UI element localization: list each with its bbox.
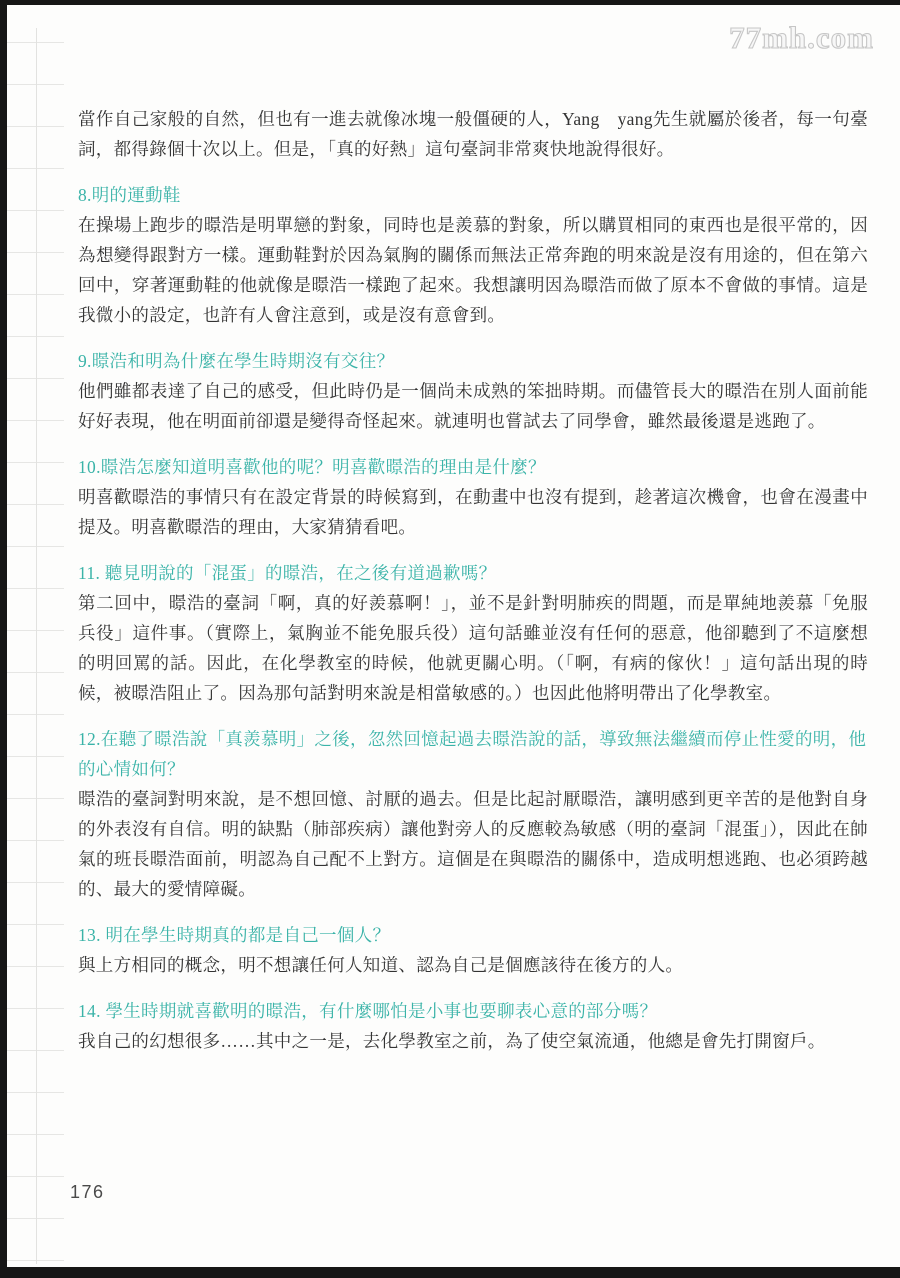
- question-heading: 9.暻浩和明為什麼在學生時期沒有交往？: [78, 346, 868, 376]
- answer-paragraph: 在操場上跑步的暻浩是明單戀的對象，同時也是羨慕的對象，所以購買相同的東西也是很平…: [78, 210, 868, 330]
- question-heading: 8.明的運動鞋: [78, 180, 868, 210]
- answer-paragraph: 我自己的幻想很多……其中之一是，去化學教室之前，為了使空氣流通，他總是會先打開窗…: [78, 1026, 868, 1056]
- intro-paragraph: 當作自己家般的自然，但也有一進去就像冰塊一般僵硬的人，Yang yang先生就屬…: [78, 104, 868, 164]
- qa-section: 13. 明在學生時期真的都是自己一個人？與上方相同的概念，明不想讓任何人知道、認…: [78, 920, 868, 980]
- qa-sections: 8.明的運動鞋在操場上跑步的暻浩是明單戀的對象，同時也是羨慕的對象，所以購買相同…: [78, 180, 868, 1056]
- answer-paragraph: 與上方相同的概念，明不想讓任何人知道、認為自己是個應該待在後方的人。: [78, 950, 868, 980]
- qa-section: 10.暻浩怎麼知道明喜歡他的呢？明喜歡暻浩的理由是什麼？明喜歡暻浩的事情只有在設…: [78, 452, 868, 542]
- answer-paragraph: 他們雖都表達了自己的感受，但此時仍是一個尚未成熟的笨拙時期。而儘管長大的暻浩在別…: [78, 376, 868, 436]
- page-content: 當作自己家般的自然，但也有一進去就像冰塊一般僵硬的人，Yang yang先生就屬…: [78, 104, 868, 1056]
- qa-section: 9.暻浩和明為什麼在學生時期沒有交往？他們雖都表達了自己的感受，但此時仍是一個尚…: [78, 346, 868, 436]
- page-number: 176: [70, 1182, 105, 1203]
- qa-section: 8.明的運動鞋在操場上跑步的暻浩是明單戀的對象，同時也是羨慕的對象，所以購買相同…: [78, 180, 868, 330]
- scan-edge-bottom: [0, 1267, 900, 1278]
- qa-section: 14. 學生時期就喜歡明的暻浩，有什麼哪怕是小事也要聊表心意的部分嗎？我自己的幻…: [78, 996, 868, 1056]
- scan-edge-top: [0, 0, 900, 5]
- qa-section: 11. 聽見明說的「混蛋」的暻浩，在之後有道過歉嗎？第二回中，暻浩的臺詞「啊，真…: [78, 558, 868, 708]
- scan-edge-left: [0, 0, 7, 1278]
- watermark: 77mh.com: [729, 20, 874, 56]
- question-heading: 13. 明在學生時期真的都是自己一個人？: [78, 920, 868, 950]
- qa-section: 12.在聽了暻浩說「真羨慕明」之後，忽然回憶起過去暻浩說的話，導致無法繼續而停止…: [78, 724, 868, 904]
- scanned-book-page: 77mh.com 當作自己家般的自然，但也有一進去就像冰塊一般僵硬的人，Yang…: [0, 0, 900, 1278]
- question-heading: 10.暻浩怎麼知道明喜歡他的呢？明喜歡暻浩的理由是什麼？: [78, 452, 868, 482]
- question-heading: 11. 聽見明說的「混蛋」的暻浩，在之後有道過歉嗎？: [78, 558, 868, 588]
- answer-paragraph: 暻浩的臺詞對明來說，是不想回憶、討厭的過去。但是比起討厭暻浩，讓明感到更辛苦的是…: [78, 784, 868, 904]
- question-heading: 14. 學生時期就喜歡明的暻浩，有什麼哪怕是小事也要聊表心意的部分嗎？: [78, 996, 868, 1026]
- question-heading: 12.在聽了暻浩說「真羨慕明」之後，忽然回憶起過去暻浩說的話，導致無法繼續而停止…: [78, 724, 868, 784]
- answer-paragraph: 明喜歡暻浩的事情只有在設定背景的時候寫到，在動畫中也沒有提到，趁著這次機會，也會…: [78, 482, 868, 542]
- margin-vertical-line: [36, 28, 37, 1264]
- answer-paragraph: 第二回中，暻浩的臺詞「啊，真的好羨慕啊！」，並不是針對明肺疾的問題，而是單純地羨…: [78, 588, 868, 708]
